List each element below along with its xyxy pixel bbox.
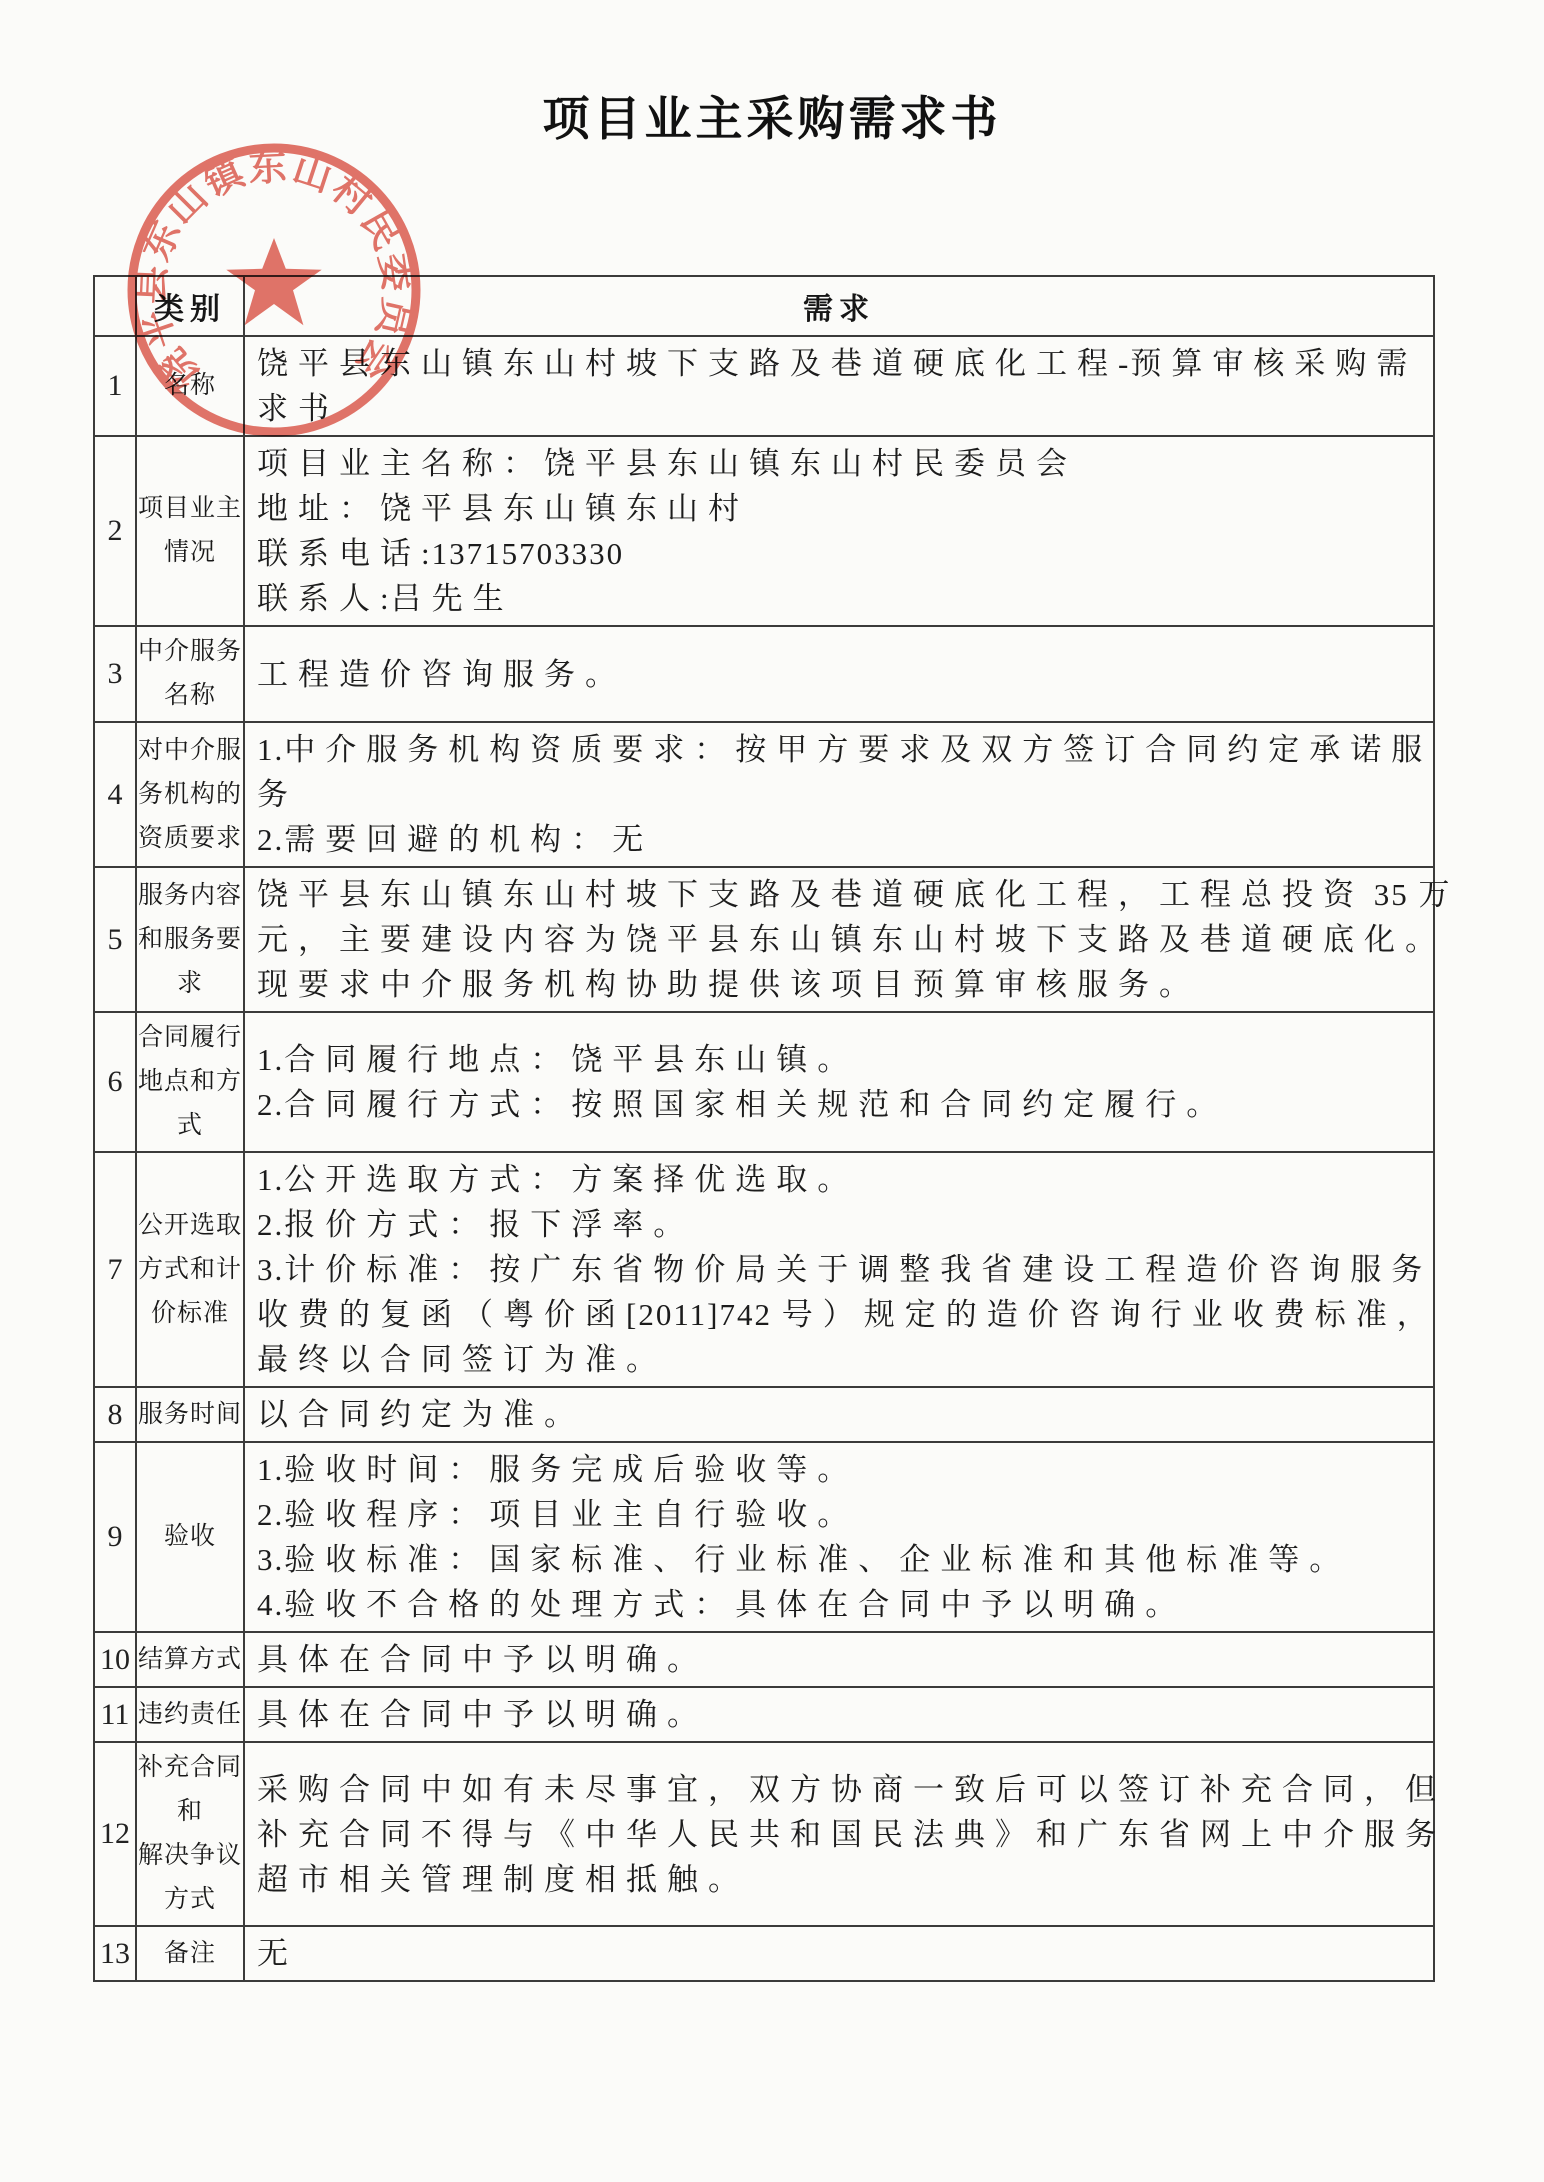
category-line: 资质要求 <box>137 817 243 861</box>
requirement-line: 收费的复函（粤价函[2011]742 号）规定的造价咨询行业收费标准， <box>257 1292 1427 1337</box>
row-category: 结算方式 <box>136 1632 244 1687</box>
requirement-line: 补充合同不得与《中华人民共和国民法典》和广东省网上中介服务 <box>257 1812 1427 1857</box>
requirement-line: 2.验收程序：项目业主自行验收。 <box>257 1492 1427 1537</box>
row-number: 5 <box>94 867 136 1012</box>
row-number: 10 <box>94 1632 136 1687</box>
row-number: 13 <box>94 1926 136 1981</box>
table-row: 4对中介服务机构的资质要求1.中介服务机构资质要求：按甲方要求及双方签订合同约定… <box>94 722 1434 867</box>
row-requirement: 项目业主名称：饶平县东山镇东山村民委员会地址：饶平县东山镇东山村联系电话:137… <box>244 436 1434 626</box>
requirement-line: 工程造价咨询服务。 <box>257 652 1427 697</box>
requirement-line: 3.验收标准：国家标准、行业标准、企业标准和其他标准等。 <box>257 1537 1427 1582</box>
requirement-line: 1.验收时间：服务完成后验收等。 <box>257 1447 1427 1492</box>
category-line: 方式和计 <box>137 1248 243 1292</box>
table-row: 13备注无 <box>94 1926 1434 1981</box>
table-row: 5服务内容和服务要求饶平县东山镇东山村坡下支路及巷道硬底化工程，工程总投资 35… <box>94 867 1434 1012</box>
row-category: 验收 <box>136 1442 244 1632</box>
row-category: 公开选取方式和计价标准 <box>136 1152 244 1387</box>
row-number: 2 <box>94 436 136 626</box>
table-row: 3中介服务名称工程造价咨询服务。 <box>94 626 1434 722</box>
requirement-line: 超市相关管理制度相抵触。 <box>257 1857 1427 1902</box>
category-line: 方式 <box>137 1878 243 1922</box>
row-requirement: 无 <box>244 1926 1434 1981</box>
category-line: 中介服务 <box>137 630 243 674</box>
category-line: 违约责任 <box>137 1693 243 1737</box>
requirement-line: 项目业主名称：饶平县东山镇东山村民委员会 <box>257 441 1427 486</box>
category-line: 项目业主 <box>137 487 243 531</box>
category-line: 公开选取 <box>137 1204 243 1248</box>
requirement-line: 求书 <box>257 386 1427 431</box>
category-line: 务机构的 <box>137 773 243 817</box>
category-line: 服务内容 <box>137 874 243 918</box>
table-row: 6合同履行地点和方式1.合同履行地点：饶平县东山镇。2.合同履行方式：按照国家相… <box>94 1012 1434 1152</box>
requirement-line: 2.需要回避的机构：无 <box>257 817 1427 862</box>
row-number: 1 <box>94 336 136 436</box>
row-number: 3 <box>94 626 136 722</box>
requirement-line: 以合同约定为准。 <box>257 1392 1427 1437</box>
page-title: 项目业主采购需求书 <box>0 82 1544 149</box>
row-requirement: 饶平县东山镇东山村坡下支路及巷道硬底化工程-预算审核采购需求书 <box>244 336 1434 436</box>
table-header-row: 类别 需求 <box>94 276 1434 336</box>
row-category: 中介服务名称 <box>136 626 244 722</box>
row-category: 合同履行地点和方式 <box>136 1012 244 1152</box>
table-row: 2项目业主情况项目业主名称：饶平县东山镇东山村民委员会地址：饶平县东山镇东山村联… <box>94 436 1434 626</box>
row-category: 对中介服务机构的资质要求 <box>136 722 244 867</box>
row-number: 6 <box>94 1012 136 1152</box>
category-line: 和 <box>137 1790 243 1834</box>
requirement-line: 联系人:吕先生 <box>257 576 1427 621</box>
requirement-line: 4.验收不合格的处理方式：具体在合同中予以明确。 <box>257 1582 1427 1627</box>
category-line: 和服务要 <box>137 918 243 962</box>
row-requirement: 以合同约定为准。 <box>244 1387 1434 1442</box>
row-requirement: 具体在合同中予以明确。 <box>244 1687 1434 1742</box>
row-requirement: 1.合同履行地点：饶平县东山镇。2.合同履行方式：按照国家相关规范和合同约定履行… <box>244 1012 1434 1152</box>
requirement-line: 地址：饶平县东山镇东山村 <box>257 486 1427 531</box>
category-line: 情况 <box>137 531 243 575</box>
requirement-line: 1.公开选取方式：方案择优选取。 <box>257 1157 1427 1202</box>
requirement-line: 具体在合同中予以明确。 <box>257 1692 1427 1737</box>
requirement-line: 元，主要建设内容为饶平县东山镇东山村坡下支路及巷道硬底化。 <box>257 917 1427 962</box>
category-line: 名称 <box>137 674 243 718</box>
row-requirement: 采购合同中如有未尽事宜，双方协商一致后可以签订补充合同，但补充合同不得与《中华人… <box>244 1742 1434 1926</box>
requirement-line: 3.计价标准：按广东省物价局关于调整我省建设工程造价咨询服务 <box>257 1247 1427 1292</box>
category-line: 式 <box>137 1104 243 1148</box>
requirement-line: 2.合同履行方式：按照国家相关规范和合同约定履行。 <box>257 1082 1427 1127</box>
requirement-line: 采购合同中如有未尽事宜，双方协商一致后可以签订补充合同，但 <box>257 1767 1427 1812</box>
header-requirement: 需求 <box>244 276 1434 336</box>
requirement-line: 饶平县东山镇东山村坡下支路及巷道硬底化工程-预算审核采购需 <box>257 341 1427 386</box>
row-number: 4 <box>94 722 136 867</box>
table-row: 7公开选取方式和计价标准1.公开选取方式：方案择优选取。2.报价方式：报下浮率。… <box>94 1152 1434 1387</box>
row-number: 11 <box>94 1687 136 1742</box>
requirement-line: 2.报价方式：报下浮率。 <box>257 1202 1427 1247</box>
row-category: 补充合同和解决争议方式 <box>136 1742 244 1926</box>
row-requirement: 1.中介服务机构资质要求：按甲方要求及双方签订合同约定承诺服务2.需要回避的机构… <box>244 722 1434 867</box>
category-line: 对中介服 <box>137 729 243 773</box>
category-line: 地点和方 <box>137 1060 243 1104</box>
row-requirement: 1.公开选取方式：方案择优选取。2.报价方式：报下浮率。3.计价标准：按广东省物… <box>244 1152 1434 1387</box>
category-line: 合同履行 <box>137 1016 243 1060</box>
row-number: 8 <box>94 1387 136 1442</box>
row-category: 违约责任 <box>136 1687 244 1742</box>
category-line: 验收 <box>137 1515 243 1559</box>
requirement-line: 现要求中介服务机构协助提供该项目预算审核服务。 <box>257 962 1427 1007</box>
category-line: 价标准 <box>137 1292 243 1336</box>
row-requirement: 工程造价咨询服务。 <box>244 626 1434 722</box>
table-row: 9验收1.验收时间：服务完成后验收等。2.验收程序：项目业主自行验收。3.验收标… <box>94 1442 1434 1632</box>
table-row: 11违约责任具体在合同中予以明确。 <box>94 1687 1434 1742</box>
category-line: 服务时间 <box>137 1393 243 1437</box>
table-row: 8服务时间以合同约定为准。 <box>94 1387 1434 1442</box>
row-requirement: 饶平县东山镇东山村坡下支路及巷道硬底化工程，工程总投资 35 万元，主要建设内容… <box>244 867 1434 1012</box>
requirement-line: 务 <box>257 772 1427 817</box>
table-row: 10结算方式具体在合同中予以明确。 <box>94 1632 1434 1687</box>
row-category: 服务内容和服务要求 <box>136 867 244 1012</box>
requirement-line: 1.中介服务机构资质要求：按甲方要求及双方签订合同约定承诺服 <box>257 727 1427 772</box>
row-number: 7 <box>94 1152 136 1387</box>
row-requirement: 具体在合同中予以明确。 <box>244 1632 1434 1687</box>
requirement-line: 具体在合同中予以明确。 <box>257 1637 1427 1682</box>
category-line: 备注 <box>137 1932 243 1976</box>
document-page: 项目业主采购需求书 类别 需求 1名称饶平县东山镇东山村坡下支路及巷道硬底化工程… <box>0 0 1544 2182</box>
row-category: 名称 <box>136 336 244 436</box>
table-row: 12补充合同和解决争议方式采购合同中如有未尽事宜，双方协商一致后可以签订补充合同… <box>94 1742 1434 1926</box>
header-empty-cell <box>94 276 136 336</box>
requirement-line: 最终以合同签订为准。 <box>257 1337 1427 1382</box>
requirement-line: 1.合同履行地点：饶平县东山镇。 <box>257 1037 1427 1082</box>
table-row: 1名称饶平县东山镇东山村坡下支路及巷道硬底化工程-预算审核采购需求书 <box>94 336 1434 436</box>
category-line: 解决争议 <box>137 1834 243 1878</box>
table-body: 1名称饶平县东山镇东山村坡下支路及巷道硬底化工程-预算审核采购需求书2项目业主情… <box>94 336 1434 1981</box>
requirement-line: 饶平县东山镇东山村坡下支路及巷道硬底化工程，工程总投资 35 万 <box>257 872 1427 917</box>
row-number: 9 <box>94 1442 136 1632</box>
category-line: 名称 <box>137 364 243 408</box>
requirement-line: 联系电话:13715703330 <box>257 531 1427 576</box>
row-category: 备注 <box>136 1926 244 1981</box>
row-requirement: 1.验收时间：服务完成后验收等。2.验收程序：项目业主自行验收。3.验收标准：国… <box>244 1442 1434 1632</box>
category-line: 补充合同 <box>137 1746 243 1790</box>
category-line: 结算方式 <box>137 1638 243 1682</box>
row-category: 服务时间 <box>136 1387 244 1442</box>
header-category: 类别 <box>136 276 244 336</box>
category-line: 求 <box>137 962 243 1006</box>
requirement-line: 无 <box>257 1931 1427 1976</box>
row-number: 12 <box>94 1742 136 1926</box>
requirements-table: 类别 需求 1名称饶平县东山镇东山村坡下支路及巷道硬底化工程-预算审核采购需求书… <box>93 275 1435 1982</box>
row-category: 项目业主情况 <box>136 436 244 626</box>
